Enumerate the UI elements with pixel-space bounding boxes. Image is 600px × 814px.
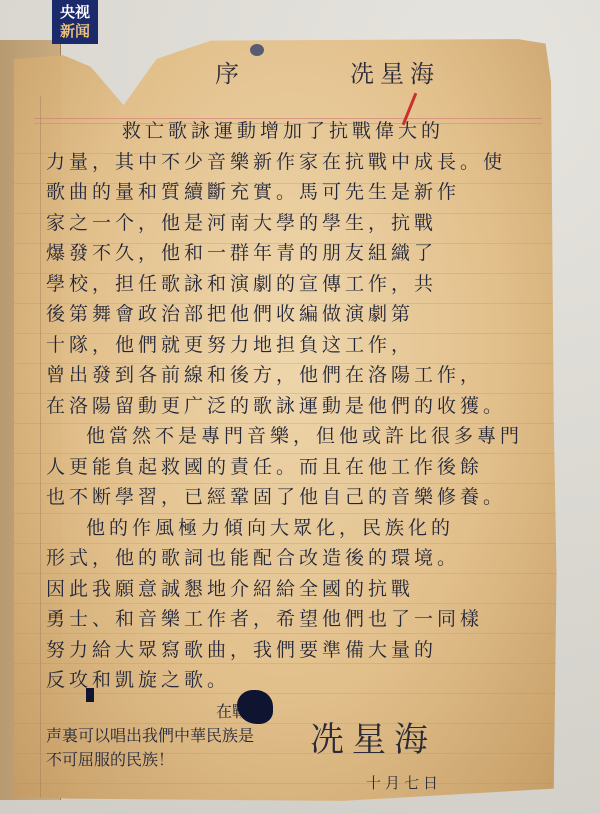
logo-line-1: 央视 <box>52 3 98 22</box>
cctv-news-logo: 央视 新闻 <box>52 0 98 44</box>
body-line: 他的作風極力傾向大眾化，民族化的 <box>46 513 550 544</box>
signature: 冼星海 <box>310 712 436 761</box>
body-line: 在洛陽留動更广泛的歌詠運動是他們的收獲。 <box>46 391 550 422</box>
ink-blot <box>86 688 94 702</box>
body-line: 勇士、和音樂工作者，希望他們也了一同樣 <box>46 604 550 635</box>
ink-blot <box>237 690 273 724</box>
body-line: 學校，担任歌詠和演劇的宣傳工作，共 <box>46 269 550 300</box>
closing-line: 不可屈服的民族！ <box>46 748 306 772</box>
margin-line <box>40 96 41 814</box>
body-line: 人更能負起救國的責任。而且在他工作後餘 <box>46 452 550 483</box>
body-line: 形式，他的歌詞也能配合改造後的環境。 <box>46 543 550 574</box>
title-author: 冼星海 <box>350 54 440 89</box>
body-line: 反攻和凱旋之歌。 <box>46 665 550 696</box>
title-row: 序 冼星海 <box>200 50 460 90</box>
body-line: 努力給大眾寫歌曲，我們要準備大量的 <box>46 635 550 666</box>
body-line: 後第舞會政治部把他們收編做演劇第 <box>46 299 550 330</box>
title: 序 <box>215 54 239 89</box>
logo-line-2: 新闻 <box>52 22 98 41</box>
body-line: 十隊，他們就更努力地担負这工作， <box>46 330 550 361</box>
body-line: 他當然不是專門音樂，但他或許比很多專門 <box>46 421 550 452</box>
body-line: 也不断學習，已經鞏固了他自己的音樂修養。 <box>46 482 550 513</box>
body-line: 力量，其中不少音樂新作家在抗戰中成長。使 <box>46 147 550 178</box>
body-line: 家之一个，他是河南大學的學生，抗戰 <box>46 208 550 239</box>
body-line: 因此我願意誠懇地介紹給全國的抗戰 <box>46 574 550 605</box>
body-line: 爆發不久，他和一群年青的朋友組織了 <box>46 238 550 269</box>
body-line: 救亡歌詠運動增加了抗戰偉大的 <box>46 116 550 147</box>
body-line: 曾出發到各前線和後方，他們在洛陽工作， <box>46 360 550 391</box>
body-line: 歌曲的量和質續斷充實。馬可先生是新作 <box>46 177 550 208</box>
manuscript-body: 救亡歌詠運動增加了抗戰偉大的 力量，其中不少音樂新作家在抗戰中成長。使 歌曲的量… <box>46 116 550 696</box>
closing-line: 声裏可以唱出我們中華民族是 <box>46 724 306 748</box>
date: 十月七日 <box>366 772 442 793</box>
